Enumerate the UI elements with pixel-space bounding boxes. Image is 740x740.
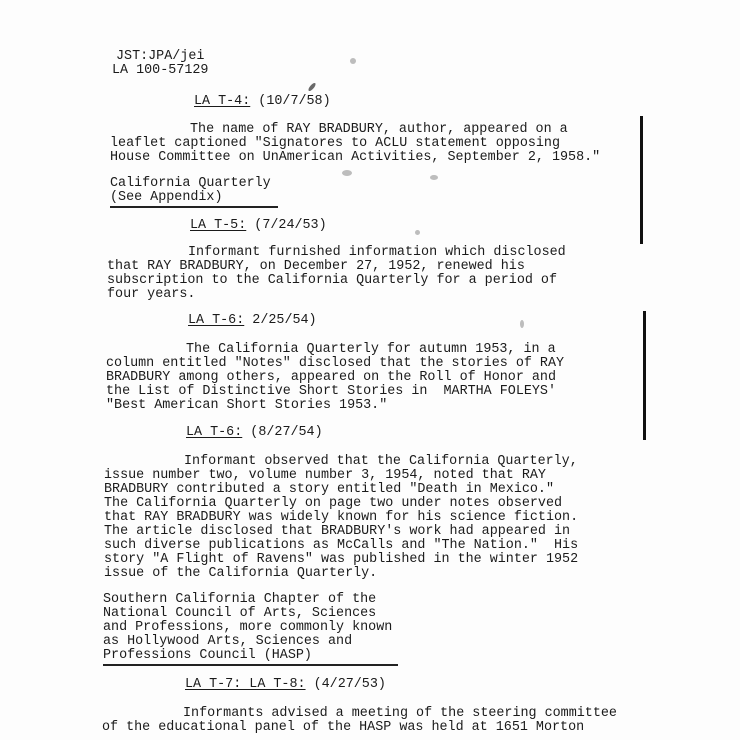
section-heading-line: National Council of Arts, Sciences <box>103 607 376 621</box>
scan-speck <box>307 82 316 92</box>
section-heading-line: as Hollywood Arts, Sciences and <box>103 635 352 649</box>
source-label: LA T-7: LA T-8: <box>185 677 306 692</box>
paragraph-line: subscription to the California Quarterly… <box>107 274 557 288</box>
scan-speck <box>520 320 524 328</box>
paragraph-line: of the educational panel of the HASP was… <box>102 721 584 735</box>
section-heading-line: and Professions, more commonly known <box>103 621 392 635</box>
paragraph-line: BRADBURY contributed a story entitled "D… <box>104 483 554 497</box>
source-label: LA T-5: <box>190 218 246 233</box>
paragraph-line: such diverse publications as McCalls and… <box>104 539 578 553</box>
source-date: (7/24/53) <box>254 218 326 233</box>
paragraph-line: Informant furnished information which di… <box>188 246 566 260</box>
paragraph-line: BRADBURY among others, appeared on the R… <box>106 371 556 385</box>
paragraph-line: House Committee on UnAmerican Activities… <box>110 151 600 165</box>
paragraph-line: issue number two, volume number 3, 1954,… <box>104 469 546 483</box>
heading-underline <box>110 206 278 208</box>
paragraph-line: "Best American Short Stories 1953." <box>106 399 387 413</box>
margin-bar <box>643 311 646 440</box>
paragraph-line: The name of RAY BRADBURY, author, appear… <box>190 123 568 137</box>
initials-line: JST:JPA/jei <box>116 50 204 64</box>
paragraph-line: The article disclosed that BRADBURY's wo… <box>104 525 570 539</box>
scan-speck <box>350 58 356 64</box>
section-heading-line: California Quarterly <box>110 177 271 191</box>
source-line-t6b: LA T-6: (8/27/54) <box>186 426 323 440</box>
source-label: LA T-6: <box>186 425 242 440</box>
heading-underline <box>103 664 398 666</box>
document-page: JST:JPA/jei LA 100-57129 LA T-4: (10/7/5… <box>0 0 740 740</box>
paragraph-line: The California Quarterly for autumn 1953… <box>186 343 556 357</box>
paragraph-line: four years. <box>107 288 195 302</box>
paragraph-line: story "A Flight of Ravens" was published… <box>104 553 578 567</box>
section-heading-line: Professions Council (HASP) <box>103 649 312 663</box>
paragraph-line: that RAY BRADBURY, on December 27, 1952,… <box>107 260 525 274</box>
source-line-t4: LA T-4: (10/7/58) <box>194 95 331 109</box>
source-date: (4/27/53) <box>314 677 386 692</box>
margin-bar <box>640 116 643 244</box>
source-label: LA T-6: <box>188 313 244 328</box>
source-date: (10/7/58) <box>258 94 330 109</box>
scan-speck <box>415 230 420 235</box>
source-date: 2/25/54) <box>252 313 316 328</box>
source-line-t5: LA T-5: (7/24/53) <box>190 219 327 233</box>
paragraph-line: The California Quarterly on page two und… <box>104 497 562 511</box>
paragraph-line: that RAY BRADBURY was widely known for h… <box>104 511 578 525</box>
paragraph-line: the List of Distinctive Short Stories in… <box>106 385 556 399</box>
source-date: (8/27/54) <box>250 425 322 440</box>
paragraph-line: leaflet captioned "Signatores to ACLU st… <box>110 137 560 151</box>
file-number: LA 100-57129 <box>112 64 208 78</box>
paragraph-line: Informant observed that the California Q… <box>184 455 578 469</box>
paragraph-line: issue of the California Quarterly. <box>104 567 377 581</box>
source-line-t7-t8: LA T-7: LA T-8: (4/27/53) <box>185 678 386 692</box>
paragraph-line: Informants advised a meeting of the stee… <box>183 707 617 721</box>
source-line-t6a: LA T-6: 2/25/54) <box>188 314 317 328</box>
source-label: LA T-4: <box>194 94 250 109</box>
section-heading-line: Southern California Chapter of the <box>103 593 376 607</box>
section-heading-line: (See Appendix) <box>110 191 223 205</box>
scan-speck <box>342 170 352 176</box>
paragraph-line: column entitled "Notes" disclosed that t… <box>106 357 564 371</box>
scan-speck <box>430 175 438 180</box>
